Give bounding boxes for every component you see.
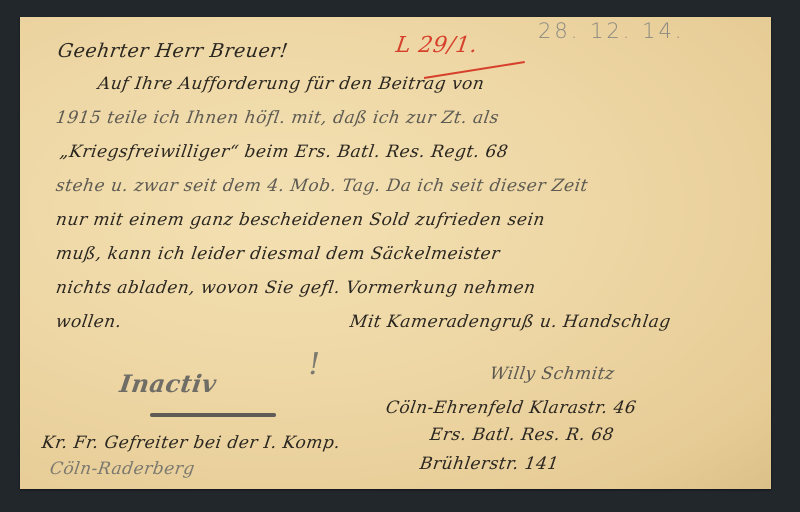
closing: Mit Kameradengruß u. Handschlag: [349, 312, 672, 332]
body-line-1: Auf Ihre Aufforderung für den Beitrag vo…: [97, 74, 486, 94]
location-line: Cöln-Raderberg: [49, 459, 197, 479]
body-line-8: wollen.: [55, 312, 123, 332]
sender-address-line-2: Ers. Batl. Res. R. 68: [429, 425, 616, 445]
pencil-underline: [150, 413, 276, 417]
body-line-4: stehe u. zwar seit dem 4. Mob. Tag. Da i…: [55, 176, 590, 196]
red-annotation: L 29/1.: [394, 33, 479, 58]
sender-address-line-3: Brühlerstr. 141: [419, 454, 561, 474]
salutation: Geehrter Herr Breuer!: [56, 40, 289, 62]
rank-line: Kr. Fr. Gefreiter bei der I. Komp.: [41, 433, 342, 453]
postcard: L 29/1. 28. 12. 14. Geehrter Herr Breuer…: [20, 17, 771, 489]
postcard-date: 28. 12. 14.: [538, 19, 685, 43]
pencil-exclamation: !: [305, 347, 324, 382]
body-line-2: 1915 teile ich Ihnen höfl. mit, daß ich …: [55, 108, 501, 128]
body-line-3: „Kriegsfreiwilliger“ beim Ers. Batl. Res…: [59, 142, 510, 162]
sender-address-line-1: Cöln-Ehrenfeld Klarastr. 46: [385, 398, 638, 418]
body-line-5: nur mit einem ganz bescheidenen Sold zuf…: [55, 210, 547, 230]
body-line-7: nichts abladen, wovon Sie gefl. Vormerku…: [55, 278, 537, 298]
signature: Willy Schmitz: [489, 364, 616, 384]
body-line-6: muß, kann ich leider diesmal dem Säckelm…: [55, 244, 502, 264]
pencil-note: Inactiv: [118, 369, 219, 398]
